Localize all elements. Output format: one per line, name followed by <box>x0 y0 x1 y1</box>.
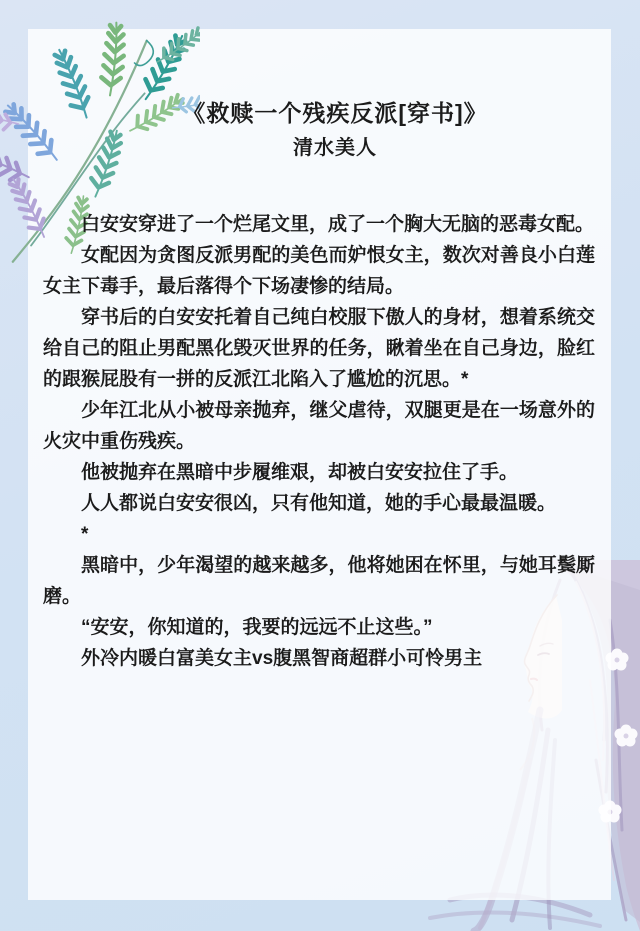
text-layer: 《救赎一个残疾反派[穿书]》 清水美人 白安安穿进了一个烂尾文里，成了一个胸大无… <box>43 95 595 674</box>
synopsis-paragraph: 女配因为贪图反派男配的美色而妒恨女主，数次对善良小白莲女主下毒手，最后落得个下场… <box>43 240 595 302</box>
synopsis-paragraph: 白安安穿进了一个烂尾文里，成了一个胸大无脑的恶毒女配。 <box>43 209 595 240</box>
synopsis-paragraph: 黑暗中，少年渴望的越来越多，他将她困在怀里，与她耳鬓厮磨。 <box>43 550 595 612</box>
book-title: 《救赎一个残疾反派[穿书]》 <box>59 95 611 131</box>
synopsis-paragraph: “安安，你知道的，我要的远远不止这些。” <box>43 612 595 643</box>
novel-intro-card: 《救赎一个残疾反派[穿书]》 清水美人 白安安穿进了一个烂尾文里，成了一个胸大无… <box>0 0 640 931</box>
synopsis-paragraph: * <box>43 519 595 550</box>
synopsis-paragraph: 他被抛弃在黑暗中步履维艰，却被白安安拉住了手。 <box>43 457 595 488</box>
book-author: 清水美人 <box>59 131 611 165</box>
synopsis-paragraph: 穿书后的白安安托着自己纯白校服下傲人的身材，想着系统交给自己的阻止男配黑化毁灭世… <box>43 302 595 395</box>
synopsis: 白安安穿进了一个烂尾文里，成了一个胸大无脑的恶毒女配。 女配因为贪图反派男配的美… <box>43 209 595 674</box>
synopsis-paragraph: 少年江北从小被母亲抛弃，继父虐待，双腿更是在一场意外的火灾中重伤残疾。 <box>43 395 595 457</box>
synopsis-paragraph: 人人都说白安安很凶，只有他知道，她的手心最最温暖。 <box>43 488 595 519</box>
heading: 《救赎一个残疾反派[穿书]》 清水美人 <box>59 95 611 165</box>
synopsis-paragraph: 外冷内暖白富美女主vs腹黑智商超群小可怜男主 <box>43 643 595 674</box>
